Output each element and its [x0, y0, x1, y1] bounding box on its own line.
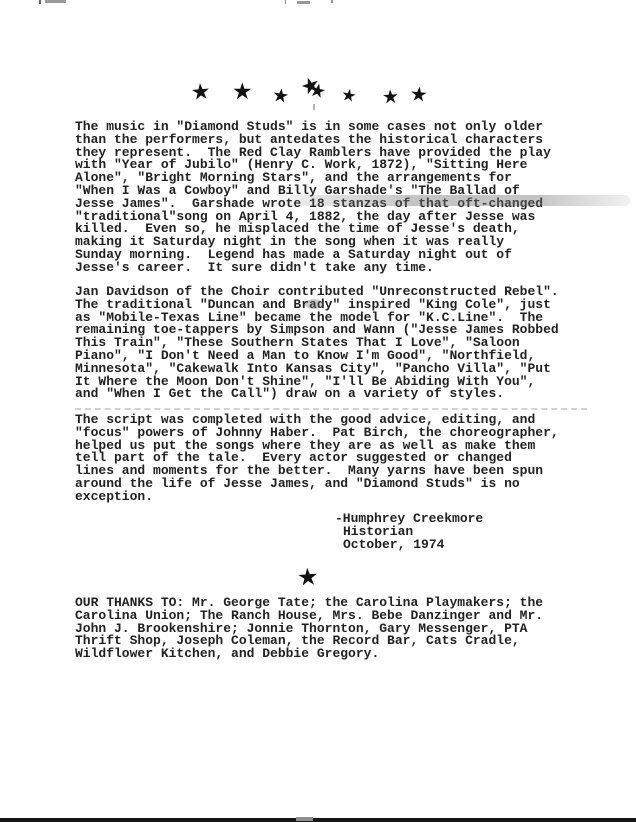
- scan-mark-top-left-tick: [39, 0, 41, 4]
- paragraph-thanks: OUR THANKS TO: Mr. George Tate; the Caro…: [75, 597, 543, 661]
- paragraph-music: The music in "Diamond Studs" is in some …: [75, 121, 551, 275]
- star-icon: ★: [232, 81, 253, 104]
- star-icon: ★: [340, 87, 358, 106]
- scan-mark-top-mid-tick1: [285, 0, 286, 4]
- scan-mark-top-mid-bar: [297, 1, 310, 4]
- typewriter-slip-mark: [313, 104, 315, 110]
- star-icon: ★: [190, 81, 212, 105]
- scan-edge-bottom: [0, 818, 636, 822]
- star-icon: ★: [307, 80, 328, 102]
- scan-mark-top-left-bar: [45, 0, 66, 3]
- program-page: ★ ★ ★ ★ ★ ★ ★ ★ The music in "Diamond St…: [0, 0, 636, 822]
- paragraph-songs: Jan Davidson of the Choir contributed "U…: [75, 286, 559, 401]
- scan-edge-bottom-notch: [296, 817, 313, 821]
- star-icon: ★: [382, 88, 400, 108]
- signature-date: October, 1974: [343, 539, 444, 552]
- star-icon: ★: [409, 83, 429, 104]
- paragraph-script: The script was completed with the good a…: [75, 414, 559, 504]
- scan-mark-top-mid-tick2: [331, 0, 333, 3]
- star-icon: ★: [296, 564, 319, 589]
- star-icon: ★: [271, 86, 291, 107]
- faint-dashed-line: [75, 408, 587, 410]
